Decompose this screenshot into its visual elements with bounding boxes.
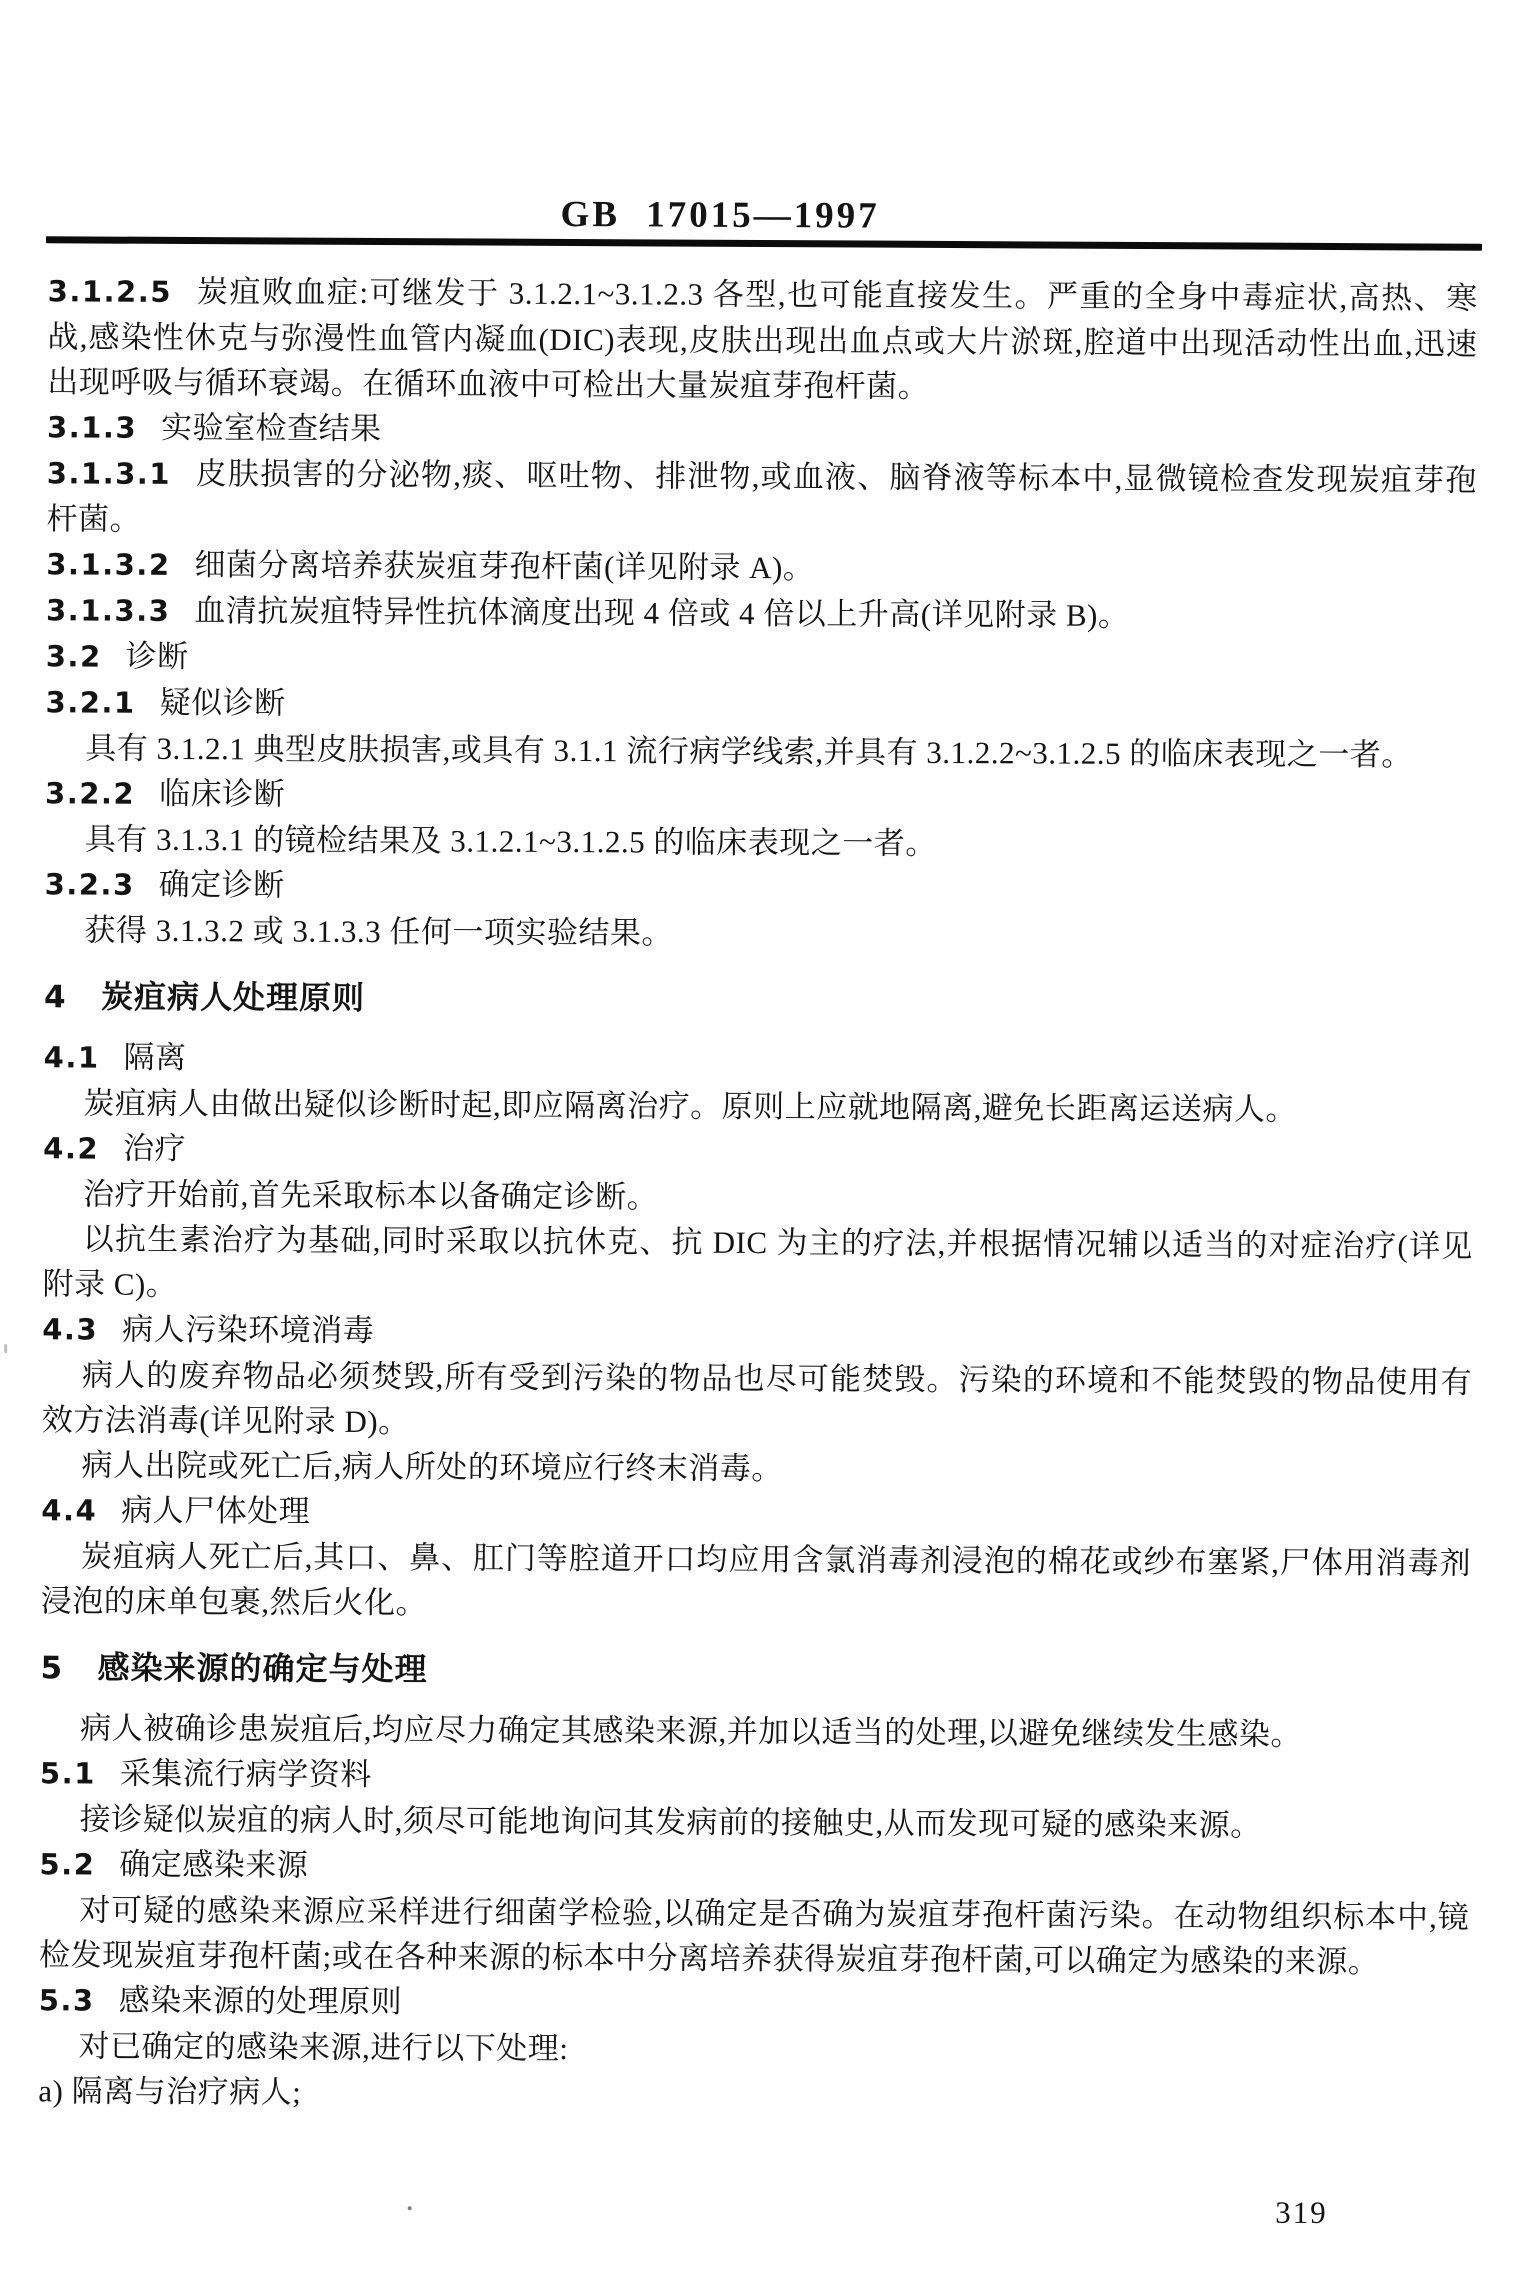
paragraph: 具有 3.1.2.1 典型皮肤损害,或具有 3.1.1 流行病学线索,并具有 3… xyxy=(45,725,1475,777)
paragraph: 病人出院或死亡后,病人所处的环境应行终末消毒。 xyxy=(41,1442,1471,1494)
clause-text: 细菌分离培养获炭疽芽孢杆菌(详见附录 A)。 xyxy=(194,547,814,585)
heading-5-1: 5.1采集流行病学资料 xyxy=(40,1750,1470,1803)
clause-number: 3.2.3 xyxy=(45,867,135,901)
chapter-title: 炭疽病人处理原则 xyxy=(101,978,365,1017)
heading-text: 疑似诊断 xyxy=(160,685,286,721)
clause-number: 3.2.2 xyxy=(45,776,135,810)
document-page: GB 17015—1997 3.1.2.5炭疽败血症:可继发于 3.1.2.1~… xyxy=(0,0,1536,2285)
heading-3-1-3: 3.1.3实验室检查结果 xyxy=(47,404,1477,457)
paragraph: 接诊疑似炭疽的病人时,须尽可能地询问其发病前的接触史,从而发现可疑的感染来源。 xyxy=(40,1796,1470,1848)
paragraph: 以抗生素治疗为基础,同时采取以抗休克、抗 DIC 为主的疗法,并根据情况辅以适当… xyxy=(42,1216,1472,1313)
clause-number: 3.1.2.5 xyxy=(48,274,172,309)
clause-number: 3.2.1 xyxy=(45,685,135,719)
clause-text: 炭疽败血症:可继发于 3.1.2.1~3.1.2.3 各型,也可能直接发生。严重… xyxy=(47,274,1478,404)
clause-number: 4.4 xyxy=(41,1493,97,1527)
document-body: 3.1.2.5炭疽败血症:可继发于 3.1.2.1~3.1.2.3 各型,也可能… xyxy=(38,268,1478,2120)
clause-3-1-3-3: 3.1.3.3血清抗炭疽特异性抗体滴度出现 4 倍或 4 倍以上升高(详见附录 … xyxy=(46,587,1476,640)
heading-3-2-1: 3.2.1疑似诊断 xyxy=(45,679,1475,732)
list-item-a: a) 隔离与治疗病人; xyxy=(38,2068,1468,2120)
heading-4-4: 4.4病人尸体处理 xyxy=(41,1487,1471,1540)
page-number: 319 xyxy=(1275,2195,1328,2231)
paragraph: 炭疽病人死亡后,其口、鼻、肛门等腔道开口均应用含氯消毒剂浸泡的棉花或纱布塞紧,尸… xyxy=(41,1533,1471,1630)
standard-number-title: GB 17015—1997 xyxy=(560,193,879,238)
chapter-heading-5: 5感染来源的确定与处理 xyxy=(40,1645,1470,1698)
heading-text: 采集流行病学资料 xyxy=(120,1756,372,1792)
clause-number: 3.1.3.3 xyxy=(46,593,170,628)
heading-3-2: 3.2诊断 xyxy=(46,633,1476,686)
clause-number: 3.1.3.2 xyxy=(46,547,170,582)
paragraph: 获得 3.1.3.2 或 3.1.3.3 任何一项实验结果。 xyxy=(44,907,1474,959)
heading-5-3: 5.3感染来源的处理原则 xyxy=(39,1977,1469,2030)
paragraph: 对可疑的感染来源应采样进行细菌学检验,以确定是否确为炭疽芽孢杆菌污染。在动物组织… xyxy=(39,1887,1469,1984)
clause-number: 4.2 xyxy=(43,1131,99,1165)
paragraph: 具有 3.1.3.1 的镜检结果及 3.1.2.1~3.1.2.5 的临床表现之… xyxy=(45,816,1475,868)
heading-text: 诊断 xyxy=(126,639,189,674)
paragraph: 治疗开始前,首先采取标本以备确定诊断。 xyxy=(43,1171,1473,1223)
clause-number: 3.1.3.1 xyxy=(47,456,171,491)
heading-4-1: 4.1隔离 xyxy=(44,1034,1474,1087)
heading-4-3: 4.3病人污染环境消毒 xyxy=(42,1306,1472,1359)
scan-speck xyxy=(265,797,270,801)
clause-text: 皮肤损害的分泌物,痰、呕吐物、排泄物,或血液、脑脊液等标本中,显微镜检查发现炭疽… xyxy=(46,456,1476,537)
heading-text: 确定诊断 xyxy=(159,867,285,903)
clause-3-1-2-5: 3.1.2.5炭疽败血症:可继发于 3.1.2.1~3.1.2.3 各型,也可能… xyxy=(47,268,1478,411)
clause-3-1-3-2: 3.1.3.2细菌分离培养获炭疽芽孢杆菌(详见附录 A)。 xyxy=(46,541,1476,594)
heading-text: 实验室检查结果 xyxy=(161,410,382,446)
clause-number: 5.2 xyxy=(39,1847,95,1881)
heading-text: 病人污染环境消毒 xyxy=(122,1312,374,1348)
clause-number: 3.2 xyxy=(46,639,102,673)
chapter-number: 4 xyxy=(44,979,67,1015)
heading-text: 确定感染来源 xyxy=(119,1847,308,1883)
chapter-number: 5 xyxy=(40,1650,63,1686)
chapter-heading-4: 4炭疽病人处理原则 xyxy=(44,974,1474,1027)
scan-speck xyxy=(4,1344,7,1353)
clause-number: 4.3 xyxy=(42,1312,98,1346)
paragraph: 病人的废弃物品必须焚毁,所有受到污染的物品也尽可能焚毁。污染的环境和不能焚毁的物… xyxy=(42,1352,1472,1449)
heading-3-2-2: 3.2.2临床诊断 xyxy=(45,770,1475,823)
chapter-title: 感染来源的确定与处理 xyxy=(97,1649,427,1689)
clause-number: 3.1.3 xyxy=(47,410,137,444)
scan-speck xyxy=(408,2206,412,2210)
heading-text: 感染来源的处理原则 xyxy=(119,1983,403,2019)
paragraph: 炭疽病人由做出疑似诊断时起,即应隔离治疗。原则上应就地隔离,避免长距离运送病人。 xyxy=(43,1080,1473,1132)
heading-3-2-3: 3.2.3确定诊断 xyxy=(44,861,1474,914)
heading-text: 病人尸体处理 xyxy=(121,1493,310,1529)
heading-text: 隔离 xyxy=(123,1040,186,1075)
clause-number: 5.3 xyxy=(39,1983,95,2017)
heading-4-2: 4.2治疗 xyxy=(43,1125,1473,1178)
heading-text: 治疗 xyxy=(123,1131,186,1166)
heading-text: 临床诊断 xyxy=(159,776,285,812)
scanned-sheet: GB 17015—1997 3.1.2.5炭疽败血症:可继发于 3.1.2.1~… xyxy=(0,0,1536,2285)
paragraph: 病人被确诊患炭疽后,均应尽力确定其感染来源,并加以适当的处理,以避免继续发生感染… xyxy=(40,1705,1470,1757)
paragraph: 对已确定的感染来源,进行以下处理: xyxy=(38,2023,1468,2075)
clause-text: 血清抗炭疽特异性抗体滴度出现 4 倍或 4 倍以上升高(详见附录 B)。 xyxy=(194,593,1129,633)
clause-number: 5.1 xyxy=(40,1756,96,1790)
document-header: GB 17015—1997 xyxy=(0,190,1536,241)
clause-number: 4.1 xyxy=(44,1040,100,1074)
heading-5-2: 5.2确定感染来源 xyxy=(39,1841,1469,1894)
clause-3-1-3-1: 3.1.3.1皮肤损害的分泌物,痰、呕吐物、排泄物,或血液、脑脊液等标本中,显微… xyxy=(46,450,1476,548)
